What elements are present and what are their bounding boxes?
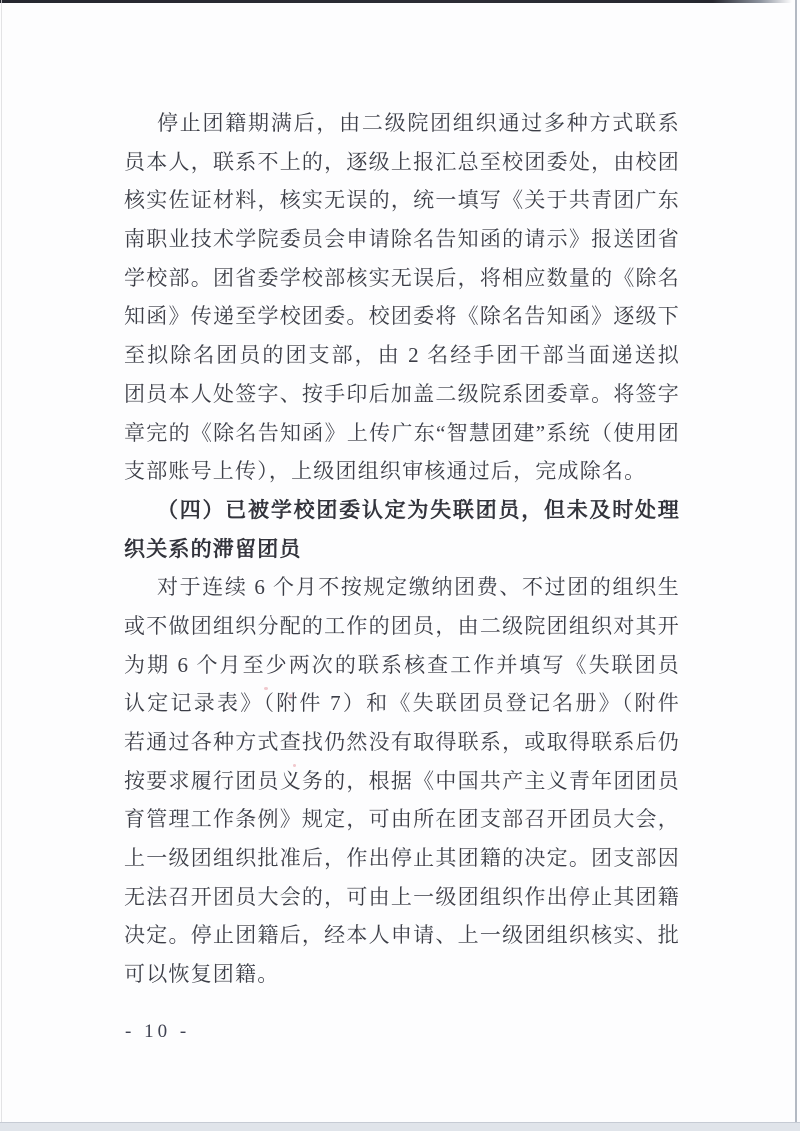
text-line: 上一级团组织批准后，作出停止其团籍的决定。团支部因故: [124, 839, 680, 878]
text-line: 核实佐证材料，核实无误的，统一填写《关于共青团广东岭: [124, 181, 680, 220]
text-line: 南职业技术学院委员会申请除名告知函的请示》报送团省委: [124, 220, 680, 259]
text-line: 按要求履行团员义务的，根据《中国共产主义青年团团员教: [124, 762, 680, 801]
text-line: 无法召开团员大会的，可由上一级团组织作出停止其团籍的: [124, 878, 680, 917]
text-line: 若通过各种方式查找仍然没有取得联系，或取得联系后仍不: [124, 723, 680, 762]
paragraph-1: 停止团籍期满后，由二级院团组织通过多种方式联系团 员本人，联系不上的，逐级上报汇…: [124, 104, 680, 491]
text-line: 对于连续 6 个月不按规定缴纳团费、不过团的组织生活: [124, 568, 680, 607]
text-line: 停止团籍期满后，由二级院团组织通过多种方式联系团: [124, 104, 680, 143]
section-heading: （四）已被学校团委认定为失联团员，但未及时处理组 织关系的滞留团员: [124, 491, 680, 568]
text-line: 学校部。团省委学校部核实无误后，将相应数量的《除名告: [124, 259, 680, 298]
document-page: 停止团籍期满后，由二级院团组织通过多种方式联系团 员本人，联系不上的，逐级上报汇…: [0, 0, 800, 1131]
text-line: 可以恢复团籍。: [124, 955, 680, 994]
left-scan-edge: [1, 0, 2, 1131]
text-line: 认定记录表》（附件 7）和《失联团员登记名册》（附件 8）。: [124, 684, 680, 723]
text-line: 决定。停止团籍后，经本人申请、上一级团组织核实、批准，: [124, 916, 680, 955]
top-scan-edge: [0, 0, 792, 3]
text-line: 至拟除名团员的团支部，由 2 名经手团干部当面递送拟除名: [124, 336, 680, 375]
page-number: - 10 -: [125, 1020, 190, 1044]
right-scan-edge: [795, 0, 797, 1131]
heading-line: 织关系的滞留团员: [124, 530, 680, 569]
text-line: 章完的《除名告知函》上传广东“智慧团建”系统（使用团: [124, 414, 680, 453]
text-line: 员本人，联系不上的，逐级上报汇总至校团委处，由校团委: [124, 143, 680, 182]
bottom-scan-edge: [0, 1122, 800, 1131]
text-line: 知函》传递至学校团委。校团委将《除名告知函》逐级下达: [124, 297, 680, 336]
text-line: 为期 6 个月至少两次的联系核查工作并填写《失联团员核查: [124, 646, 680, 685]
text-line: 支部账号上传），上级团组织审核通过后，完成除名。: [124, 452, 680, 491]
text-line: 团员本人处签字、按手印后加盖二级院系团委章。将签字盖: [124, 375, 680, 414]
body-text: 停止团籍期满后，由二级院团组织通过多种方式联系团 员本人，联系不上的，逐级上报汇…: [124, 104, 680, 994]
heading-line: （四）已被学校团委认定为失联团员，但未及时处理组: [124, 491, 680, 530]
text-line: 或不做团组织分配的工作的团员，由二级院团组织对其开展: [124, 607, 680, 646]
text-line: 育管理工作条例》规定，可由所在团支部召开团员大会，报: [124, 800, 680, 839]
paragraph-2: 对于连续 6 个月不按规定缴纳团费、不过团的组织生活 或不做团组织分配的工作的团…: [124, 568, 680, 994]
